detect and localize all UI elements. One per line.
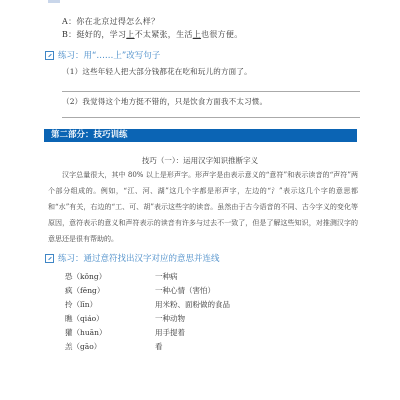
match-right-item[interactable]: 用手提着 xyxy=(155,327,185,338)
dialogue-line-b: B：挺好的，学习上不太紧张，生活上也很方便。 xyxy=(62,29,243,40)
match-left-item[interactable]: 獾（huān） xyxy=(65,327,106,338)
exercise2-title: 练习：通过意符找出汉字对应的意思并连线 xyxy=(58,252,220,264)
match-right-item[interactable]: 一种动物 xyxy=(155,313,185,324)
match-left-item[interactable]: 疯（fēng） xyxy=(65,285,104,296)
pencil-edit-icon xyxy=(45,51,54,60)
match-left-item[interactable]: 瞧（qiáo） xyxy=(65,313,104,324)
match-right-item[interactable]: 用米粉、面粉做的食品 xyxy=(155,299,230,310)
match-left-item[interactable]: 羔（gāo） xyxy=(65,341,101,352)
dialogue-b-part2: 不太紧张，生活 xyxy=(135,30,193,39)
exercise1-question-1: （1）这些年轻人把大部分钱都花在吃和玩儿的方面了。 xyxy=(62,66,252,77)
section-paragraph: 汉字总量很大，其中 80% 以上是形声字。形声字是由表示意义的“意符”和表示读音… xyxy=(48,167,358,247)
answer-line-1[interactable] xyxy=(62,91,360,92)
answer-line-2[interactable] xyxy=(62,117,360,118)
exercise1-title: 练习：用“……上”改写句子 xyxy=(58,49,160,61)
match-left-item[interactable]: 拎（līn） xyxy=(65,299,97,310)
match-right-item[interactable]: 一种心情（害怕） xyxy=(155,285,215,296)
top-decoration xyxy=(48,0,60,3)
dialogue-b-part3: 也很方便。 xyxy=(201,30,243,39)
exercise1-question-2: （2）我觉得这个地方挺不错的，只是饮食方面我不太习惯。 xyxy=(62,96,267,107)
match-right-item[interactable]: 看 xyxy=(155,341,163,352)
exercise1-heading: 练习：用“……上”改写句子 xyxy=(45,49,160,61)
match-left-item[interactable]: 恐（kǒng） xyxy=(65,271,106,282)
section-banner: 第二部分：技巧训练 xyxy=(44,129,357,142)
match-right-item[interactable]: 一种病 xyxy=(155,271,178,282)
dialogue-b-part1: B：挺好的，学习 xyxy=(62,30,126,39)
section-subtitle: 技巧（一）：运用汉字知识推断字义 xyxy=(0,155,400,166)
dialogue-line-a: A：你在北京过得怎么样？ xyxy=(62,16,159,27)
pencil-edit-icon xyxy=(45,254,54,263)
dialogue-b-underline1: 上 xyxy=(126,30,134,39)
exercise2-heading: 练习：通过意符找出汉字对应的意思并连线 xyxy=(45,252,220,264)
dialogue-b-underline2: 上 xyxy=(193,30,201,39)
